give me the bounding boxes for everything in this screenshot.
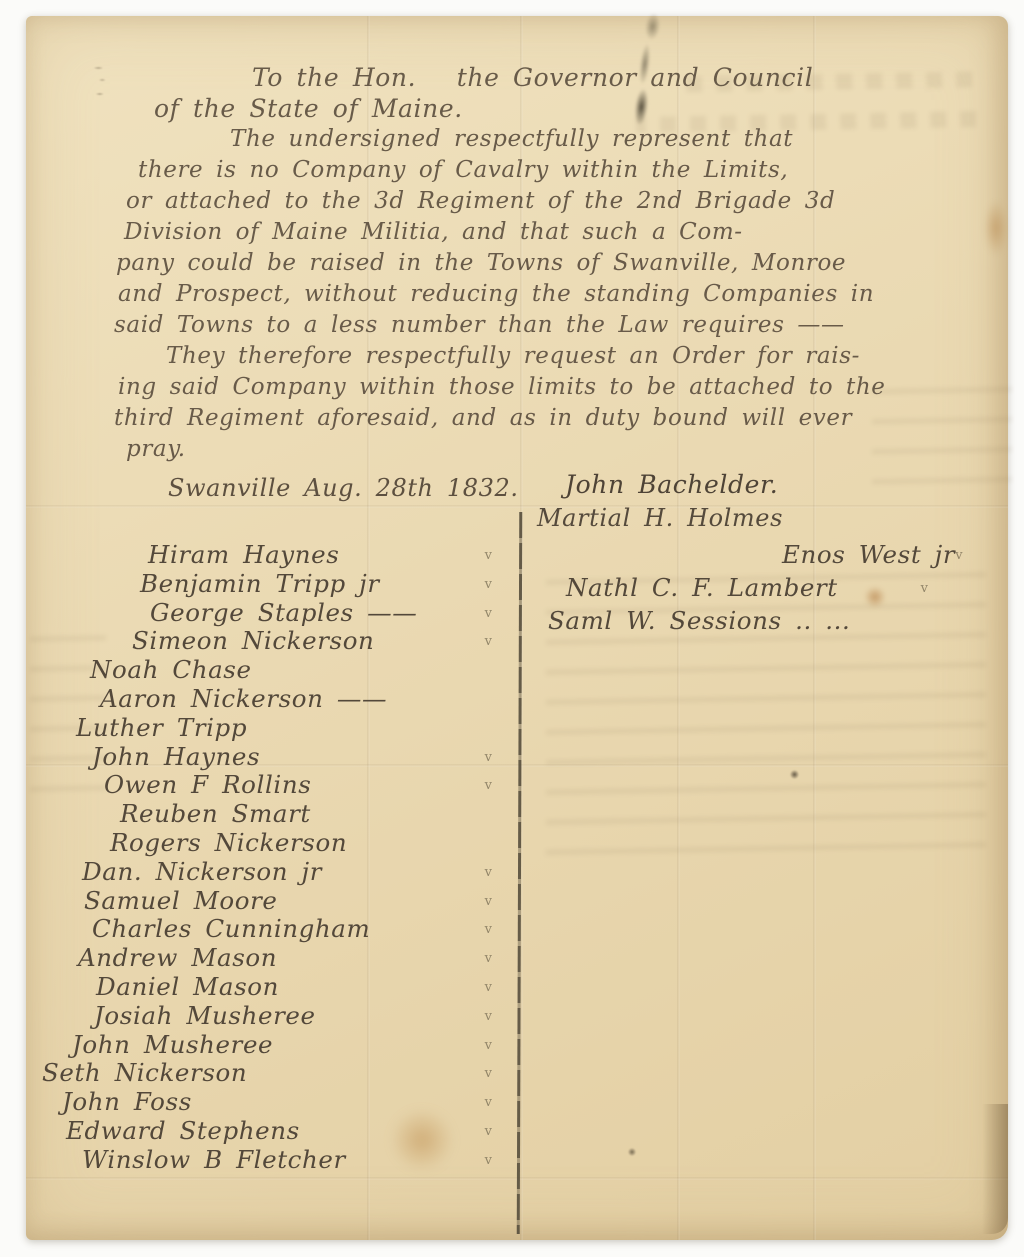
petition-line: third Regiment aforesaid, and as in duty… bbox=[114, 403, 984, 434]
signature-name: Luther Tripp bbox=[76, 713, 247, 742]
signature-name: Enos West jr bbox=[782, 540, 955, 569]
petition-line: there is no Company of Cavalry within th… bbox=[138, 155, 984, 186]
checkmark-icon: v bbox=[485, 634, 492, 649]
signature-row: Winslow B Fletcher v bbox=[82, 1145, 492, 1174]
checkmark-icon: v bbox=[485, 750, 492, 765]
corner-fold bbox=[982, 1104, 1008, 1234]
signature-row: Luther Tripp v bbox=[76, 713, 492, 742]
signature-row: Enos West jr v bbox=[782, 540, 928, 573]
signature-row: Simeon Nickerson v bbox=[132, 626, 492, 655]
signature-row: Seth Nickerson v bbox=[42, 1058, 492, 1087]
signature-name: Aaron Nickerson —— bbox=[100, 684, 387, 713]
checkmark-icon: v bbox=[485, 548, 492, 563]
petition-line: ing said Company within those limits to … bbox=[118, 372, 984, 403]
checkmark-icon: v bbox=[955, 548, 962, 563]
checkmark-icon: v bbox=[485, 606, 492, 621]
signature-name: Benjamin Tripp jr bbox=[140, 569, 380, 598]
petition-line: of the State of Maine. bbox=[154, 93, 984, 124]
signature-john-bachelder: John Bachelder. bbox=[565, 470, 778, 499]
signature-name: Josiah Musheree bbox=[94, 1001, 316, 1030]
signature-name: Saml W. Sessions .. ... bbox=[548, 606, 850, 635]
checkmark-icon: v bbox=[485, 922, 492, 937]
checkmark-icon: v bbox=[485, 1153, 492, 1168]
signature-name: John Foss bbox=[62, 1087, 192, 1116]
signature-row: Nathl C. F. Lambert v bbox=[566, 573, 928, 606]
dateline-place-date: Swanville Aug. 28th 1832. bbox=[168, 474, 519, 502]
signature-row: Benjamin Tripp jr v bbox=[140, 569, 492, 598]
signature-row: Saml W. Sessions .. ... v bbox=[548, 606, 928, 639]
checkmark-icon: v bbox=[485, 1124, 492, 1139]
checkmark-icon: v bbox=[485, 980, 492, 995]
signature-row: Rogers Nickerson v bbox=[110, 828, 492, 857]
signature-name: Noah Chase bbox=[90, 655, 252, 684]
signature-name: Andrew Mason bbox=[78, 943, 277, 972]
petition-text: To the Hon. the Governor and Council of … bbox=[26, 62, 984, 465]
signature-row: Edward Stephens v bbox=[66, 1116, 492, 1145]
signature-row: Josiah Musheree v bbox=[94, 1001, 492, 1030]
petition-line: Division of Maine Militia, and that such… bbox=[124, 217, 984, 248]
signature-row: Samuel Moore v bbox=[84, 886, 492, 915]
petition-line: The undersigned respectfully represent t… bbox=[230, 124, 984, 155]
signature-column-left: Hiram Haynes v Benjamin Tripp jr v Georg… bbox=[92, 540, 492, 1174]
signature-name: John Musheree bbox=[72, 1030, 273, 1059]
petition-line: or attached to the 3d Regiment of the 2n… bbox=[126, 186, 984, 217]
signature-name: Dan. Nickerson jr bbox=[82, 857, 322, 886]
signature-row: Hiram Haynes v bbox=[148, 540, 492, 569]
signature-name: Daniel Mason bbox=[96, 972, 279, 1001]
signature-column-right: Enos West jr v Nathl C. F. Lambert v Sam… bbox=[556, 540, 928, 639]
checkmark-icon: v bbox=[485, 1066, 492, 1081]
signature-name: Edward Stephens bbox=[66, 1116, 300, 1145]
signature-name: Hiram Haynes bbox=[148, 540, 339, 569]
horizontal-crease bbox=[26, 505, 1008, 508]
signature-name: Samuel Moore bbox=[84, 886, 278, 915]
petition-line: pany could be raised in the Towns of Swa… bbox=[116, 248, 984, 279]
signature-name: John Haynes bbox=[92, 742, 260, 771]
signature-row: Owen F Rollins v bbox=[104, 770, 492, 799]
petition-line: To the Hon. the Governor and Council bbox=[252, 62, 984, 93]
petition-line: said Towns to a less number than the Law… bbox=[114, 310, 984, 341]
checkmark-icon: v bbox=[485, 865, 492, 880]
signature-name: George Staples —— bbox=[150, 598, 417, 627]
signature-name: Seth Nickerson bbox=[42, 1058, 247, 1087]
signature-row: Andrew Mason v bbox=[78, 943, 492, 972]
petition-line: and Prospect, without reducing the stand… bbox=[118, 279, 984, 310]
checkmark-icon: v bbox=[921, 581, 928, 596]
signature-row: John Foss v bbox=[62, 1087, 492, 1116]
signature-name: Winslow B Fletcher bbox=[82, 1145, 346, 1174]
signature-row: John Haynes v bbox=[92, 742, 492, 771]
signature-name: Owen F Rollins bbox=[104, 770, 311, 799]
checkmark-icon: v bbox=[485, 894, 492, 909]
signature-name: Charles Cunningham bbox=[92, 914, 370, 943]
paper-sheet: To the Hon. the Governor and Council of … bbox=[26, 16, 1008, 1240]
checkmark-icon: v bbox=[485, 951, 492, 966]
signature-row: Noah Chase v bbox=[90, 655, 492, 684]
signature-row: Charles Cunningham v bbox=[92, 914, 492, 943]
checkmark-icon: v bbox=[485, 577, 492, 592]
signature-name: Nathl C. F. Lambert bbox=[566, 573, 838, 602]
signature-row: Aaron Nickerson —— v bbox=[100, 684, 492, 713]
signature-row: Reuben Smart v bbox=[120, 799, 492, 828]
checkmark-icon: v bbox=[485, 1095, 492, 1110]
checkmark-icon: v bbox=[485, 1038, 492, 1053]
stain bbox=[984, 200, 1008, 256]
stain bbox=[628, 1148, 636, 1156]
petition-line: pray. bbox=[126, 434, 984, 465]
signature-name: Rogers Nickerson bbox=[110, 828, 347, 857]
signature-name: Reuben Smart bbox=[120, 799, 311, 828]
signature-row: Dan. Nickerson jr v bbox=[82, 857, 492, 886]
stain bbox=[790, 770, 799, 779]
signature-name: Simeon Nickerson bbox=[132, 626, 374, 655]
signature-row: John Musheree v bbox=[72, 1030, 492, 1059]
signature-row: Daniel Mason v bbox=[96, 972, 492, 1001]
signature-martial-holmes: Martial H. Holmes bbox=[537, 504, 783, 532]
petition-line: They therefore respectfully request an O… bbox=[166, 341, 984, 372]
checkmark-icon: v bbox=[485, 778, 492, 793]
signature-row: George Staples —— v bbox=[150, 598, 492, 627]
checkmark-icon: v bbox=[485, 1009, 492, 1024]
